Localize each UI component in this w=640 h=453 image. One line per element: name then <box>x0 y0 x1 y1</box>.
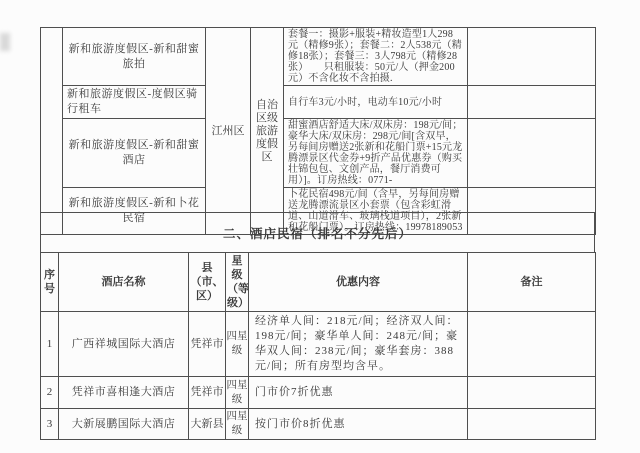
county-cell: 江州区 <box>206 28 251 235</box>
offer-cell: 甜蜜酒店舒适大床/双床房：198元/间；豪华大床/双床房：298元/间[含双早，… <box>284 119 468 188</box>
table-row: 1 广西祥城国际大酒店 凭祥市 四星级 经济单人间：218元/间；经济双人间：1… <box>41 312 596 377</box>
offer-cell: 按门市价8折优惠 <box>249 409 468 440</box>
hotels-table: 序号 酒店名称 县（市、区） 星级（等级） 优惠内容 备注 1 广西祥城国际大酒… <box>40 252 596 440</box>
header-grade: 星级（等级） <box>226 253 249 312</box>
offer-cell: 自行车3元/小时，电动车10元/小时 <box>284 86 468 119</box>
remark-cell <box>468 377 596 409</box>
star-rating-cell: 四星级 <box>226 377 249 409</box>
header-name: 酒店名称 <box>59 253 189 312</box>
star-rating-cell: 四星级 <box>226 312 249 377</box>
county-cell: 凭祥市 <box>189 312 226 377</box>
table-row: 3 大新展鹏国际大酒店 大新县 四星级 按门市价8折优惠 <box>41 409 596 440</box>
row-number-cell: 3 <box>41 409 59 440</box>
hotel-name-cell: 大新展鹏国际大酒店 <box>59 409 189 440</box>
offer-cell: 套餐一：摄影+服装+精妆造型1人298元（精修9张）；套餐二：2人538元（精修… <box>284 28 468 86</box>
resort-name-cell: 新和旅游度假区-新和甜蜜旅拍 <box>63 28 206 86</box>
offer-cell: 经济单人间：218元/间；经济双人间：198元/间；豪华单人间：248元/间；豪… <box>249 312 468 377</box>
header-remark: 备注 <box>468 253 596 312</box>
star-rating-cell: 四星级 <box>226 409 249 440</box>
hotel-name-cell: 广西祥城国际大酒店 <box>59 312 189 377</box>
section-title: 二、酒店民宿（排名不分先后） <box>40 212 595 253</box>
hotel-name-cell: 凭祥市喜相逢大酒店 <box>59 377 189 409</box>
remark-cell <box>468 119 596 188</box>
county-cell: 大新县 <box>189 409 226 440</box>
resort-offers-table: 新和旅游度假区-新和甜蜜旅拍 江州区 自治区级旅游度假区 套餐一：摄影+服装+精… <box>40 27 596 235</box>
remark-cell <box>468 28 596 86</box>
row-number-cell: 2 <box>41 377 59 409</box>
header-offer: 优惠内容 <box>249 253 468 312</box>
resort-name-cell: 新和旅游度假区-新和甜蜜酒店 <box>63 119 206 188</box>
resort-grade-cell: 自治区级旅游度假区 <box>251 28 284 235</box>
offer-cell: 门市价7折优惠 <box>249 377 468 409</box>
scanned-document-page: 新和旅游度假区-新和甜蜜旅拍 江州区 自治区级旅游度假区 套餐一：摄影+服装+精… <box>0 0 640 453</box>
header-no: 序号 <box>41 253 59 312</box>
county-cell: 凭祥市 <box>189 377 226 409</box>
serial-cell <box>41 28 63 235</box>
remark-cell <box>468 86 596 119</box>
header-county: 县（市、区） <box>189 253 226 312</box>
hotels-header-row: 序号 酒店名称 县（市、区） 星级（等级） 优惠内容 备注 <box>41 253 596 312</box>
remark-cell <box>468 312 596 377</box>
remark-cell <box>468 409 596 440</box>
scan-artifact <box>0 33 10 51</box>
table-row: 2 凭祥市喜相逢大酒店 凭祥市 四星级 门市价7折优惠 <box>41 377 596 409</box>
resort-name-cell: 新和旅游度假区-度假区骑行租车 <box>63 86 206 119</box>
row-number-cell: 1 <box>41 312 59 377</box>
